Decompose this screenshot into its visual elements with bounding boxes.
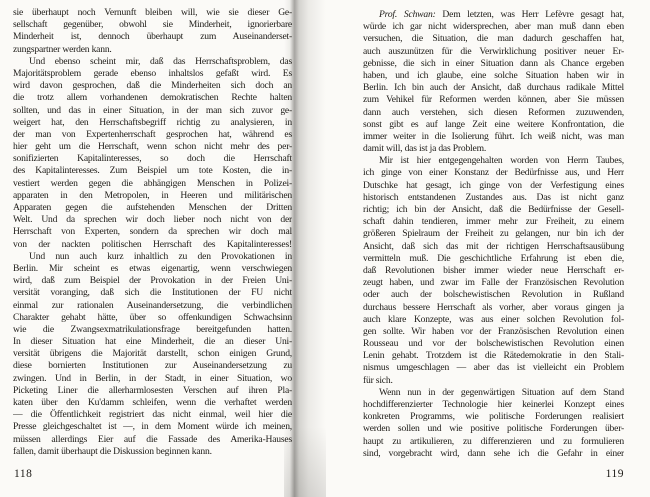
text-line: für sich. [363, 375, 624, 387]
text-line: gen sollte. Wir haben vor der Französisc… [363, 326, 624, 338]
text-line: Welt. Und da sprechen wir doch lieber no… [13, 214, 292, 226]
text-line: weigert hat, den Herrschaftsbegriff rich… [13, 117, 292, 129]
text-line: immer weiter in die Isolierung führt. Ic… [363, 131, 624, 143]
text-line: die trotz allem vorhandenen demokratisch… [13, 92, 292, 104]
text-line: zungspartner werden kann. [13, 44, 292, 56]
text-line: apparaten in den Metropolen, in Heeren u… [13, 190, 292, 202]
page-number-left: 118 [14, 468, 32, 480]
book-scan: sie überhaupt noch Vernunft bleiben will… [0, 0, 650, 497]
text-line: hochdifferenzierter Technologie hier kei… [363, 399, 624, 411]
text-line: Mir ist hier entgegengehalten worden von… [363, 155, 624, 167]
page-number-right: 119 [363, 468, 624, 480]
text-line: wird davon gesprochen, daß die Minderhei… [13, 80, 292, 92]
page-right-text: Prof. Schwan: Dem letzten, was Herr Lefè… [363, 9, 624, 460]
text-line: haupt zu artikulieren, zu differenzieren… [363, 436, 624, 448]
text-line: versität übrigens die Majorität darstell… [13, 348, 292, 360]
text-line: Apparaten gegen die aufstehenden Mensche… [13, 202, 292, 214]
text-line: Und ebenso scheint mir, daß das Herrscha… [13, 56, 292, 68]
text-line: Presse gleichgeschaltet ist —, in dem Mo… [13, 421, 292, 433]
text-line: würde ich gar nicht widersprechen, aber … [363, 21, 624, 33]
text-line: wird, daß zum Beispiel der Provokation i… [13, 275, 292, 287]
text-line: vermitteln muß. Die geschichtliche Erfah… [363, 253, 624, 265]
page-left-text: sie überhaupt noch Vernunft bleiben will… [13, 7, 292, 458]
text-line: Berlin. Ich bin auch der Ansicht, daß du… [363, 82, 624, 94]
text-line: Charakter gehabt hätte, über so offenkun… [13, 312, 292, 324]
text-line: Wenn nun in der gegenwärtigen Situation … [363, 387, 624, 399]
text-line: größeren Spielraum der Freiheit zu gelan… [363, 228, 624, 240]
text-line: versität voranging, daß sich die Institu… [13, 287, 292, 299]
text-line: sonifizierten Kapitalinteresses, so doch… [13, 153, 292, 165]
text-line: oder auch der bolschewistischen Revoluti… [363, 289, 624, 301]
text-line: werden sollen und wie positive politisch… [363, 423, 624, 435]
text-line: von der nackten politischen Herrschaft d… [13, 239, 292, 251]
text-line: konkreten Programms, wie politische Ford… [363, 411, 624, 423]
text-line: vestiert werden gegen die abhängigen Men… [13, 178, 292, 190]
text-line: diese bornierten Institutionen zur Ausei… [13, 360, 292, 372]
text-line: müssen allerdings Eier auf die Fassade d… [13, 434, 292, 446]
text-line: durchaus bessere Herrschaft als vorher, … [363, 302, 624, 314]
text-line: Und nun auch kurz inhaltlich zu den Prov… [13, 251, 292, 263]
text-line: sind, vorgebracht wird, dann sehe ich di… [363, 448, 624, 460]
text-line: richtig; ich bin der Ansicht, daß die Be… [363, 204, 624, 216]
text-line: damit will, das ist ja das Problem. [363, 143, 624, 155]
text-line: — die Öffentlichkeit registriert das nic… [13, 409, 292, 421]
text-line: Majoritätsproblem gerade ebenso inhaltsl… [13, 68, 292, 80]
text-line: Lenin gehabt. Trotzdem ist die Rätedemok… [363, 350, 624, 362]
text-line: sie überhaupt noch Vernunft bleiben will… [13, 7, 292, 19]
text-line: Ansicht, daß sich das mit der richtigen … [363, 241, 624, 253]
text-line: katen über den Ku'damm schleifen, wenn d… [13, 397, 292, 409]
text-line: schaft dahin tendieren, immer mehr zur F… [363, 216, 624, 228]
text-line: dann auch verstehen, sich diesen Reforme… [363, 107, 624, 119]
text-line: historisch entstandenen Zustandes aus. D… [363, 192, 624, 204]
text-line: zwingen. Und in Berlin, in der Stadt, in… [13, 373, 292, 385]
text-line: Dutschke hat gesagt, ich ginge von der V… [363, 180, 624, 192]
text-line: zum Vehikel für Reformen werden können, … [363, 94, 624, 106]
text-line: versuchen, die Situation, die man dadurc… [363, 33, 624, 45]
text-line: hier geht um die Herrschaft, wenn schon … [13, 141, 292, 153]
text-line: In dieser Situation hat eine Minderheit,… [13, 336, 292, 348]
text-line: ich ginge von einer Konstanz der Bedürfn… [363, 167, 624, 179]
text-line: auch auszunützen für die Verwirklichung … [363, 46, 624, 58]
text-line: Rousseau und vor der bolschewistischen R… [363, 338, 624, 350]
text-line: sellschaft gegenüber, obwohl sie Minderh… [13, 19, 292, 31]
text-line: haben, und ich glaube, eine solche Situa… [363, 70, 624, 82]
text-line: Herrschaft von Experten, sondern da spre… [13, 226, 292, 238]
text-line: des Kapitalinteresses. Zum Beispiel um t… [13, 165, 292, 177]
text-line: Picketing Liner die allerharmlosesten Ve… [13, 385, 292, 397]
text-line: zeugt haben, und zwar im Falle der Franz… [363, 277, 624, 289]
text-line: nismus umgeschlagen — aber das ist viell… [363, 362, 624, 374]
text-line: auch klare Konzepte, was aus einer solch… [363, 314, 624, 326]
text-line: einmal zur rationalen Auseinandersetzung… [13, 300, 292, 312]
text-line: gebnisse, die sich in einer Situation da… [363, 58, 624, 70]
text-line: daß Revolutionen bisher immer wieder neu… [363, 265, 624, 277]
text-line: sonst gibt es auf lange Zeit eine weiter… [363, 119, 624, 131]
text-line: Berlin. Mir scheint es etwas eigenartig,… [13, 263, 292, 275]
text-line: der man von Expertenherrschaft gesproche… [13, 129, 292, 141]
text-line: Minderheit ist, dennoch überhaupt zum Au… [13, 31, 292, 43]
text-line: wie die Zwangsexmatrikulationsfrage bere… [13, 324, 292, 336]
text-line: Prof. Schwan: Dem letzten, was Herr Lefè… [363, 9, 624, 21]
speaker-name: Prof. Schwan: [379, 9, 436, 20]
text-line: sollten, und das in einer Situation, in … [13, 105, 292, 117]
text-line: fallen, damit überhaupt die Diskussion b… [13, 446, 292, 458]
